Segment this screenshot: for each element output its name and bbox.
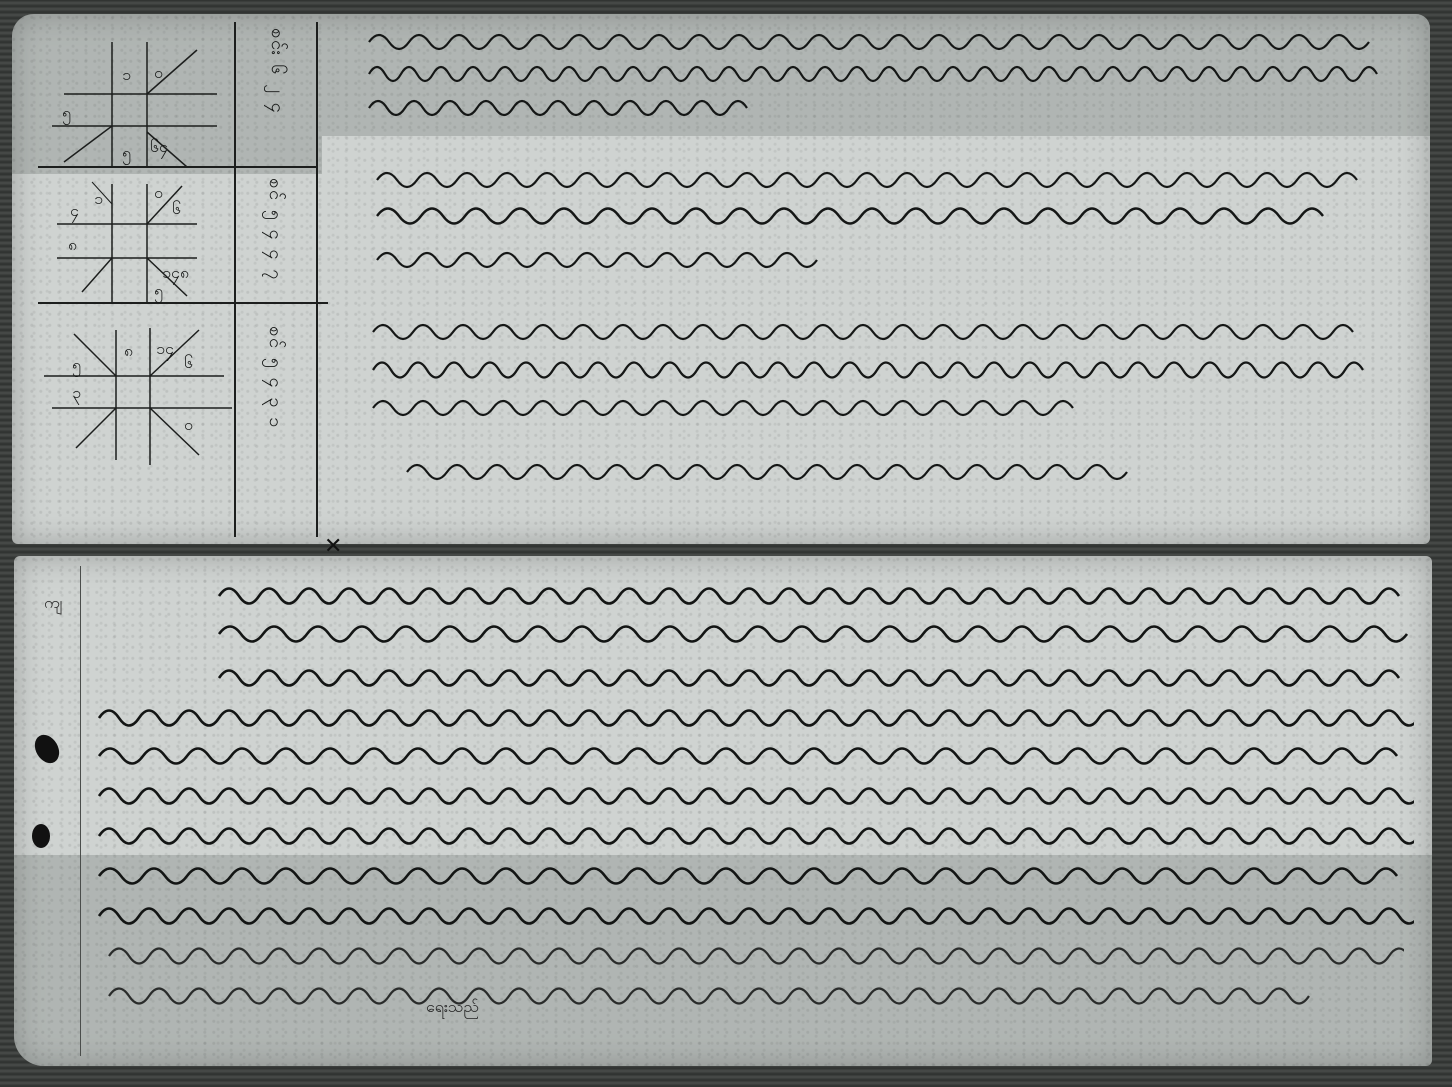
grid-mark: ၈ bbox=[68, 234, 77, 258]
horoscope-grid-1: ၁ ၀ ၅ ၆၄ ၅ bbox=[42, 32, 232, 167]
grid-mark: ၁ bbox=[94, 188, 103, 212]
grid-mark: ၁၄၈ bbox=[162, 262, 189, 286]
text-line: ဘုရား ... မြို့ ... တည် ... သား ... မြို… bbox=[94, 698, 1414, 732]
grid-mark: ၀ bbox=[154, 182, 163, 206]
chart-label-2: စင် ၅ ၄ ၄ ၇ bbox=[262, 178, 289, 282]
grid-lines-icon bbox=[34, 310, 234, 470]
manuscript-bottom-leaf: ကျ သက္ကရာဇ် ... ပထမ ... ဝါဆို ... လ ... … bbox=[14, 556, 1432, 1066]
margin-note: ကျ bbox=[44, 592, 62, 616]
text-line: နေပြည်တော် ... ရွာ ... ပါ ... ပြည် ... .… bbox=[94, 776, 1414, 810]
text-line: ပါဝင် ... ကြောင်း ... မှတ်တမ်း ... ဖြစ်သ… bbox=[368, 388, 1088, 422]
text-line: ... ကြည့် ... ရှု ... ပြော ... သည်။ bbox=[364, 88, 754, 122]
grid-mark: ၁၄ bbox=[156, 338, 174, 362]
text-line: ... ကျော် ... ကြောင်း ... မှတ်တမ်း ... တ… bbox=[372, 240, 832, 274]
diagram-column: ၁ ၀ ၅ ၆၄ ၅ စင်း ၆ ၂ ၄ ၁ ၀ ၄ ၆ ၈ ၁၄ bbox=[12, 14, 330, 544]
ink-blot bbox=[30, 731, 64, 768]
grid-mark: ၆ bbox=[172, 198, 181, 222]
text-line: သက္ကရာဇ် ... နှစ် ... နယုန်လ ... ရက် ...… bbox=[368, 312, 1368, 346]
row-rule bbox=[38, 302, 328, 304]
horoscope-grid-3: ၈ ၁၄ ၆ ၅ ၃ ၀ bbox=[34, 310, 234, 470]
text-line: သက္ကရာဇ် ... နှစ် ... လပြည့် ... ကျော် .… bbox=[402, 452, 1142, 486]
text-line: ... ဖွား ... သားကြီး ... ပြည်နယ် ... ရွာ… bbox=[372, 196, 1342, 230]
horoscope-grid-2: ၁ ၀ ၄ ၆ ၈ ၁၄၈ ၅ bbox=[42, 174, 232, 302]
text-line: ရာ ... သူ ... ပြည်သူ ... လက် ... ... bbox=[94, 816, 1414, 850]
text-line: ရှင် ... ပါ ... တော် ... ပါ ... မင်း ...… bbox=[94, 736, 1414, 770]
grid-mark: ၅ bbox=[62, 102, 71, 126]
chart-label-3: စင် ၅ ၄ ၃ ၁ bbox=[262, 326, 289, 430]
grid-mark: ၅ bbox=[154, 280, 163, 304]
text-line: ... သား ... လက် ... ရှင် ... ဘုရား ... စ… bbox=[368, 350, 1368, 384]
chart-label-1: စင်း ၆ ၂ ၄ bbox=[264, 28, 291, 115]
grid-lines-icon bbox=[42, 32, 232, 167]
grid-mark: ၃ bbox=[72, 382, 81, 406]
grid-mark: ၅ bbox=[122, 142, 131, 166]
margin-rule bbox=[80, 566, 81, 1056]
grid-mark: ၅ bbox=[72, 354, 81, 378]
text-line: ရွာ ... သား ... ပြော ... ကြီး ... ... bbox=[104, 936, 1404, 970]
text-line: မင်း ... ပြော ... ပါ ... ကျော် ... ရွာ .… bbox=[94, 896, 1414, 930]
ink-blot bbox=[32, 824, 50, 848]
manuscript-top-leaf: ၁ ၀ ၅ ၆၄ ၅ စင်း ၆ ၂ ၄ ၁ ၀ ၄ ၆ ၈ ၁၄ bbox=[12, 14, 1430, 544]
text-line: သက္ကရာဇ် ... နှစ် ... တပို့တွဲလ ... ရက်န… bbox=[372, 160, 1362, 194]
grid-mark: ၈ bbox=[124, 340, 133, 364]
text-line: ကျောင်း ... တကာ ... ကြီး ... ဆရာ ... လက်… bbox=[214, 614, 1414, 648]
column-rule bbox=[316, 22, 318, 537]
grid-mark: ၄ bbox=[70, 200, 79, 224]
text-line: မိဘ ... လက်မှတ် ... သား ... ကြိုးပမ်း ..… bbox=[364, 54, 1384, 88]
grid-mark: ၀ bbox=[184, 414, 193, 438]
text-line: အများ ... ဘုရား ... ကျောင်း ... မြို့ ..… bbox=[94, 856, 1414, 890]
text-line: သူကြီး ... လက်မှတ် ... ရွာ ... ပါ ... မြ… bbox=[214, 658, 1414, 692]
signature: ရေးသည် bbox=[426, 996, 479, 1020]
grid-mark: ၀ bbox=[154, 62, 163, 86]
text-line: သက္ကရာဇ် ... နှစ် ... ဝါဆိုလ ... ရက်နေ့ … bbox=[364, 22, 1384, 56]
grid-mark: ၁ bbox=[122, 64, 131, 88]
text-line: သက္ကရာဇ် ... ပထမ ... ဝါဆို ... လ ... မြိ… bbox=[214, 576, 1414, 610]
column-rule bbox=[234, 22, 236, 537]
text-line: သား ... ကို ... ရွာ ... ကြည့် ... ... bbox=[104, 976, 1334, 1010]
grid-mark: ၆ bbox=[184, 352, 193, 376]
grid-mark: ၆၄ bbox=[150, 136, 168, 160]
